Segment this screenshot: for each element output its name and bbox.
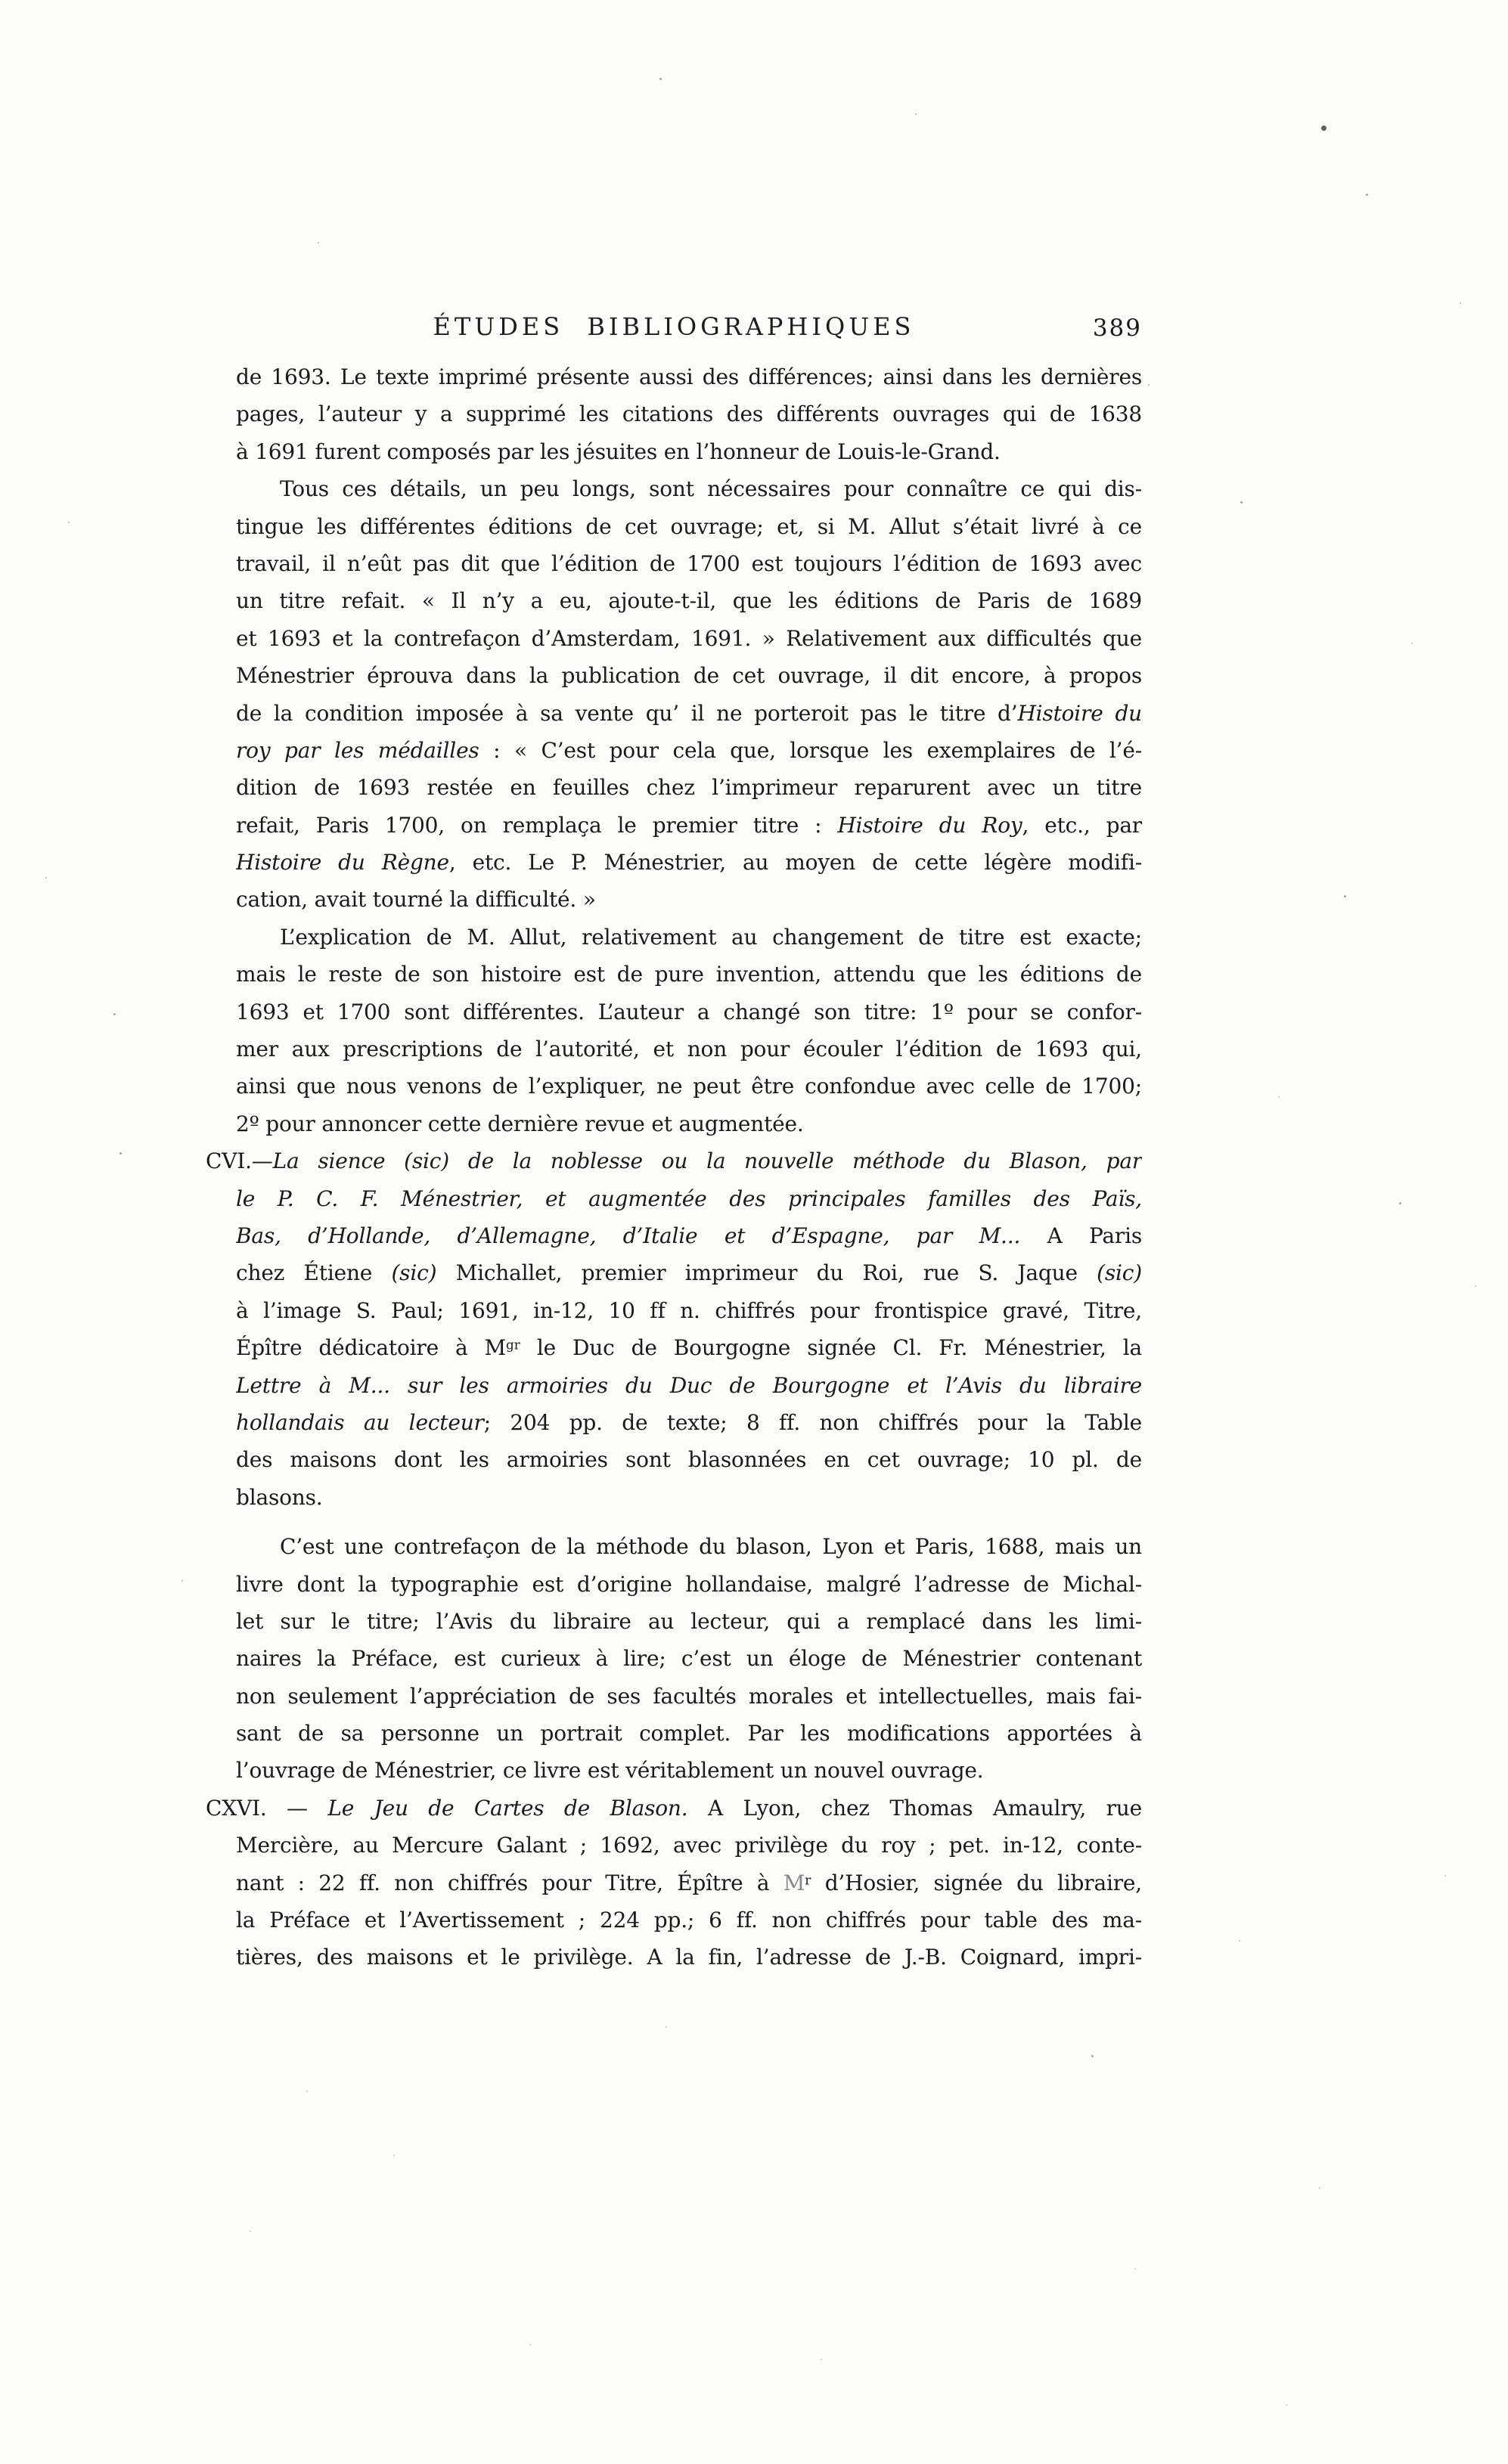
text-segment: dition de 1693 restée en feuilles chez l… (236, 775, 1142, 800)
scan-speck (1134, 2268, 1136, 2270)
text-segment: ainsi que nous venons de l’expliquer, ne… (236, 1074, 1142, 1099)
text-line: naires la Préface, est curieux à lire; c… (236, 1640, 1142, 1677)
text-segment: et 1693 et la contrefaçon d’Amsterdam, 1… (236, 626, 1142, 651)
text-segment: naires la Préface, est curieux à lire; c… (236, 1646, 1142, 1671)
text-line: mer aux prescriptions de l’autorité, et … (236, 1031, 1142, 1068)
scan-speck (1240, 501, 1243, 504)
paragraph-3: L’explication de M. Allut, relativement … (206, 919, 1142, 1142)
text-line: un titre refait. « Il n’y a eu, ajoute-t… (236, 582, 1142, 619)
page-title: ÉTUDES BIBLIOGRAPHIQUES (433, 311, 915, 342)
scan-speck (1319, 2187, 1320, 2189)
scan-speck (393, 2155, 395, 2156)
text-segment: : « C’est pour cela que, lorsque les exe… (479, 738, 1142, 763)
text-line: pages, l’auteur y a supprimé les citatio… (236, 395, 1142, 432)
text-segment: A Paris (1020, 1223, 1142, 1248)
text-line: L’explication de M. Allut, relativement … (236, 919, 1142, 956)
text-line: tingue les différentes éditions de cet o… (236, 508, 1142, 545)
text-block: de 1693. Le texte imprimé présente aussi… (206, 358, 1142, 1976)
text-line: et 1693 et la contrefaçon d’Amsterdam, 1… (236, 620, 1142, 657)
scan-speck (1399, 1202, 1401, 1204)
text-segment: L’explication de M. Allut, relativement … (280, 925, 1142, 950)
text-segment: le P. C. F. Ménestrier, et augmentée des… (236, 1186, 1142, 1211)
scan-speck (1460, 302, 1461, 304)
text-line: roy par les médailles : « C’est pour cel… (236, 732, 1142, 769)
scan-speck (119, 1152, 122, 1155)
text-segment: blasons. (236, 1485, 323, 1510)
scan-speck (529, 2344, 531, 2345)
text-line: chez Étiene (sic) Michallet, premier imp… (236, 1254, 1142, 1291)
text-segment: à 1691 furent composés par les jésuites … (236, 439, 1001, 464)
text-line: C’est une contrefaçon de la méthode du b… (236, 1528, 1142, 1565)
text-segment: La sience (sic) de la noblesse ou la nou… (273, 1148, 1142, 1173)
text-line: Lettre à M... sur les armoiries du Duc d… (236, 1367, 1142, 1404)
scan-speck (666, 2026, 667, 2028)
text-segment: A Lyon, chez Thomas Amaulry, rue (687, 1796, 1142, 1821)
scan-speck (1344, 895, 1346, 897)
text-segment: Michallet, premier imprimeur du Roi, rue… (436, 1260, 1097, 1285)
text-line: nant : 22 ff. non chiffrés pour Titre, É… (236, 1864, 1142, 1901)
text-segment: Le Jeu de Cartes de Blason. (327, 1796, 687, 1821)
text-line: le P. C. F. Ménestrier, et augmentée des… (236, 1180, 1142, 1217)
text-line: 2º pour annoncer cette dernière revue et… (236, 1105, 1142, 1142)
text-line: tières, des maisons et le privilège. A l… (236, 1939, 1142, 1976)
text-segment: (sic) (1097, 1260, 1142, 1285)
text-segment: (sic) (391, 1260, 436, 1285)
text-line: CVI.—La sience (sic) de la noblesse ou l… (206, 1142, 1142, 1179)
scan-speck (1278, 1096, 1280, 1098)
text-line: de la condition imposée à sa vente qu’ i… (236, 695, 1142, 732)
text-segment: ; 204 pp. de texte; 8 ff. non chiffrés p… (484, 1410, 1142, 1435)
scan-speck (915, 113, 917, 115)
scan-speck (1444, 1875, 1446, 1877)
paragraph-4: CVI.—La sience (sic) de la noblesse ou l… (206, 1142, 1142, 1516)
scan-speck (113, 1013, 116, 1015)
text-segment: hollandais au lecteur (236, 1410, 484, 1435)
text-segment: mais le reste de son histoire est de pur… (236, 962, 1142, 987)
paragraph-5: C’est une contrefaçon de la méthode du b… (206, 1528, 1142, 1790)
text-segment: chez Étiene (236, 1260, 391, 1285)
text-line: livre dont la typographie est d’origine … (236, 1566, 1142, 1603)
text-segment: sant de sa personne un portrait complet.… (236, 1721, 1142, 1746)
text-segment: de 1693. Le texte imprimé présente aussi… (236, 364, 1142, 389)
scanned-book-page: ÉTUDES BIBLIOGRAPHIQUES 389 de 1693. Le … (0, 0, 1508, 2464)
text-segment: Bas, d’Hollande, d’Allemagne, d’Italie e… (236, 1223, 1020, 1248)
page-number: 389 (1093, 313, 1142, 343)
text-segment: Ménestrier éprouva dans la publication d… (236, 663, 1142, 688)
text-segment: gr (506, 1337, 520, 1353)
text-segment: non seulement l’appréciation de ses facu… (236, 1684, 1142, 1709)
text-line: dition de 1693 restée en feuilles chez l… (236, 769, 1142, 806)
text-line: ainsi que nous venons de l’expliquer, ne… (236, 1068, 1142, 1105)
scan-speck (1239, 1940, 1240, 1942)
scan-speck (1411, 643, 1413, 644)
text-line: l’ouvrage de Ménestrier, ce livre est vé… (236, 1752, 1142, 1789)
text-segment: cation, avait tourné la difficulté. » (236, 887, 596, 912)
text-segment: roy par les médailles (236, 738, 479, 763)
text-segment: l’ouvrage de Ménestrier, ce livre est vé… (236, 1758, 984, 1783)
text-segment: tingue les différentes éditions de cet o… (236, 514, 1142, 539)
text-segment: C’est une contrefaçon de la méthode du b… (280, 1534, 1142, 1559)
scan-speck (1321, 126, 1326, 131)
scan-speck (318, 242, 319, 243)
text-segment: pages, l’auteur y a supprimé les citatio… (236, 401, 1142, 426)
scan-speck (1475, 1285, 1476, 1287)
text-segment: un titre refait. « Il n’y a eu, ajoute-t… (236, 588, 1142, 613)
text-line: Tous ces détails, un peu longs, sont néc… (236, 470, 1142, 507)
text-segment: Histoire du Règne (236, 850, 449, 875)
text-segment: livre dont la typographie est d’origine … (236, 1572, 1142, 1597)
text-line: 1693 et 1700 sont différentes. L’auteur … (236, 993, 1142, 1031)
text-line: Bas, d’Hollande, d’Allemagne, d’Italie e… (236, 1217, 1142, 1254)
running-header: ÉTUDES BIBLIOGRAPHIQUES 389 (206, 311, 1142, 345)
scan-speck (182, 1580, 183, 1582)
text-line: de 1693. Le texte imprimé présente aussi… (236, 358, 1142, 395)
text-segment: 1693 et 1700 sont différentes. L’auteur … (236, 1000, 1142, 1024)
text-segment: , etc., par (1022, 813, 1142, 838)
scan-speck (1148, 384, 1150, 386)
text-segment: d’Hosier, signée du libraire, (811, 1870, 1142, 1895)
text-segment: travail, il n’eût pas dit que l’édition … (236, 551, 1142, 576)
text-line: let sur le titre; l’Avis du libraire au … (236, 1603, 1142, 1640)
text-line: refait, Paris 1700, on remplaça le premi… (236, 807, 1142, 844)
text-line: des maisons dont les armoiries sont blas… (236, 1441, 1142, 1478)
text-line: la Préface et l’Avertissement ; 224 pp.;… (236, 1901, 1142, 1939)
text-segment: à l’image S. Paul; 1691, in-12, 10 ff n.… (236, 1298, 1142, 1323)
scan-speck (821, 2359, 822, 2360)
text-segment: nant : 22 ff. non chiffrés pour Titre, É… (236, 1870, 783, 1895)
text-line: blasons. (236, 1479, 1142, 1516)
text-segment: Épître dédicatoire à M (236, 1335, 506, 1360)
text-line: à 1691 furent composés par les jésuites … (236, 433, 1142, 470)
scan-speck (1366, 194, 1368, 196)
scan-speck (659, 78, 662, 80)
paragraph-2: Tous ces détails, un peu longs, sont néc… (206, 470, 1142, 919)
text-segment: CVI.— (206, 1148, 273, 1173)
text-segment: refait, Paris 1700, on remplaça le premi… (236, 813, 837, 838)
text-line: Histoire du Règne, etc. Le P. Ménestrier… (236, 844, 1142, 881)
scan-speck (45, 877, 47, 879)
scan-speck (306, 2091, 308, 2092)
text-segment: le Duc de Bourgogne signée Cl. Fr. Ménes… (520, 1335, 1142, 1360)
text-segment: mer aux prescriptions de l’autorité, et … (236, 1037, 1142, 1062)
text-line: CXVI. — Le Jeu de Cartes de Blason. A Ly… (206, 1790, 1142, 1827)
paragraph-1: de 1693. Le texte imprimé présente aussi… (206, 358, 1142, 470)
scan-speck (1286, 2404, 1287, 2406)
paragraph-6: CXVI. — Le Jeu de Cartes de Blason. A Ly… (206, 1790, 1142, 1976)
text-line: non seulement l’appréciation de ses facu… (236, 1678, 1142, 1715)
text-line: Ménestrier éprouva dans la publication d… (236, 657, 1142, 694)
text-line: mais le reste de son histoire est de pur… (236, 956, 1142, 993)
text-line: sant de sa personne un portrait complet.… (236, 1715, 1142, 1752)
scan-speck (68, 522, 70, 523)
text-segment: let sur le titre; l’Avis du libraire au … (236, 1609, 1142, 1634)
text-segment: CXVI. — (206, 1796, 327, 1821)
text-line: travail, il n’eût pas dit que l’édition … (236, 545, 1142, 582)
text-line: hollandais au lecteur; 204 pp. de texte;… (236, 1404, 1142, 1441)
text-segment: tières, des maisons et le privilège. A l… (236, 1945, 1142, 1970)
text-segment: Mercière, au Mercure Galant ; 1692, avec… (236, 1833, 1142, 1858)
scan-speck (250, 2230, 251, 2232)
text-segment: M (783, 1870, 805, 1895)
text-line: Mercière, au Mercure Galant ; 1692, avec… (236, 1827, 1142, 1864)
scan-speck (1091, 2055, 1094, 2057)
text-segment: Tous ces détails, un peu longs, sont néc… (280, 476, 1142, 501)
text-line: Épître dédicatoire à Mgr le Duc de Bourg… (236, 1329, 1142, 1366)
text-segment: de la condition imposée à sa vente qu’ i… (236, 701, 1017, 726)
text-segment: Histoire du Roy (837, 813, 1022, 838)
text-segment: Histoire du (1017, 701, 1142, 726)
text-segment: Lettre à M... sur les armoiries du Duc d… (236, 1373, 1142, 1398)
text-segment: 2º pour annoncer cette dernière revue et… (236, 1111, 804, 1136)
text-line: cation, avait tourné la difficulté. » (236, 881, 1142, 918)
text-segment: des maisons dont les armoiries sont blas… (236, 1447, 1142, 1472)
text-segment: , etc. Le P. Ménestrier, au moyen de cet… (449, 850, 1142, 875)
text-segment: la Préface et l’Avertissement ; 224 pp.;… (236, 1908, 1142, 1932)
text-line: à l’image S. Paul; 1691, in-12, 10 ff n.… (236, 1292, 1142, 1329)
